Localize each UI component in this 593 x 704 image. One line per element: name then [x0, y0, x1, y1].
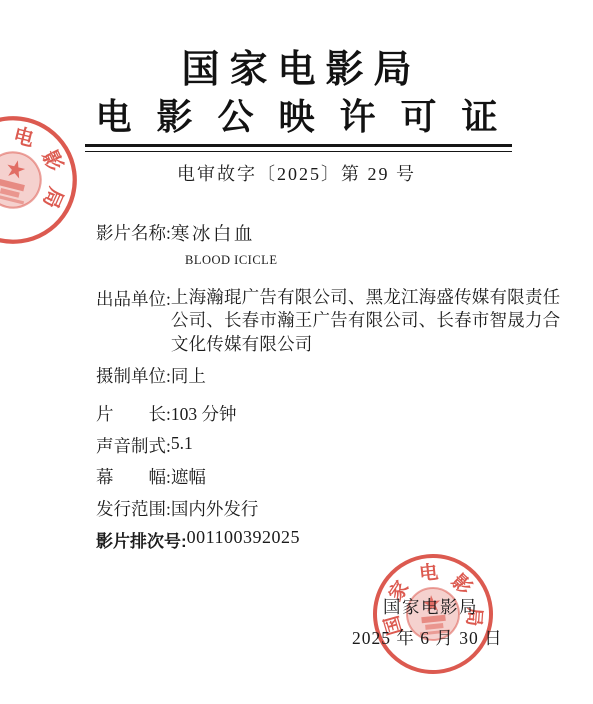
field-label: 幕 幅:	[96, 464, 171, 489]
seal-char: 影	[38, 146, 69, 175]
field-film-title-english: BLOOD ICICLE	[185, 253, 277, 268]
field-film-title: 影片名称: 寒冰白血	[96, 220, 255, 246]
film-title-english-value: BLOOD ICICLE	[185, 253, 277, 268]
permit-number: 电审故字〔2025〕第 29 号	[0, 160, 593, 186]
permit-document: 国 家 电 影 局 国 家 电 影 局 国家电影局 电影公映许可证 电审故字〔2…	[0, 0, 593, 704]
field-serial-number: 影片排次号: 001100392025	[96, 527, 300, 552]
serial-number-value: 001100392025	[187, 527, 300, 548]
issuer-name: 国家电影局	[383, 594, 478, 619]
field-screen-format: 幕 幅: 遮幅	[96, 464, 206, 489]
issue-date: 2025 年 6 月 30 日	[352, 625, 503, 650]
seal-char: 局	[38, 184, 67, 212]
sound-format-value: 5.1	[171, 433, 193, 454]
screen-format-value: 遮幅	[171, 464, 206, 489]
authority-title: 国家电影局	[0, 50, 593, 92]
field-label: 声音制式:	[96, 433, 171, 458]
studio-value: 同上	[171, 363, 206, 388]
field-label: 发行范围:	[96, 496, 171, 521]
seal-char: 电	[418, 560, 439, 585]
field-producers: 出品单位: 上海瀚琨广告有限公司、黑龙江海盛传媒有限责任公司、长春市瀚王广告有限…	[96, 286, 574, 356]
field-studio: 摄制单位: 同上	[96, 363, 206, 388]
distribution-scope-value: 国内外发行	[171, 496, 259, 521]
field-label: 片 长:	[96, 401, 171, 426]
field-sound-format: 声音制式: 5.1	[96, 433, 193, 458]
field-label: 出品单位:	[96, 286, 171, 311]
field-label: 摄制单位:	[96, 363, 171, 388]
film-title-value: 寒冰白血	[171, 220, 255, 246]
header-divider	[85, 144, 512, 152]
seal-char: 电	[11, 123, 36, 151]
field-label: 影片名称:	[96, 220, 171, 245]
length-value: 103 分钟	[171, 401, 237, 426]
field-length: 片 长: 103 分钟	[96, 401, 237, 426]
producers-value: 上海瀚琨广告有限公司、黑龙江海盛传媒有限责任公司、长春市瀚王广告有限公司、长春市…	[171, 286, 574, 356]
field-label: 影片排次号:	[96, 527, 187, 552]
field-distribution-scope: 发行范围: 国内外发行	[96, 496, 258, 521]
